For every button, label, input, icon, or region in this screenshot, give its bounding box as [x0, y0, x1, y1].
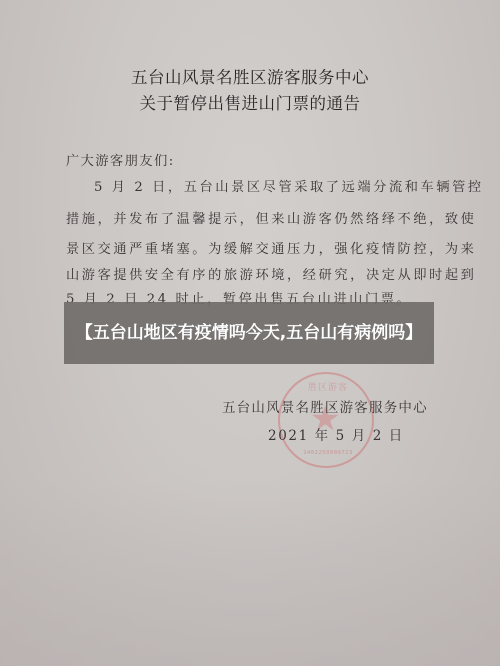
greeting: 广大游客朋友们: — [66, 150, 436, 169]
body-line-4: 山游客提供安全有序的旅游环境，经研究，决定从即时起到 — [66, 264, 436, 283]
official-seal-stamp: 胜区游客 ★ 1402250009723 — [278, 372, 374, 468]
signature-organization: 五台山风景名胜区游客服务中心 — [222, 396, 428, 416]
body-line-1: 5 月 2 日，五台山景区尽管采取了远端分流和车辆管控 — [94, 176, 464, 195]
body-line-2: 措施，并发布了温馨提示，但来山游客仍然络绎不绝，致使 — [66, 208, 436, 227]
signature-date: 2021 年 5 月 2 日 — [268, 424, 404, 444]
notice-title: 关于暂停出售进山门票的通告 — [0, 90, 500, 114]
stamp-arc-text: 胜区游客 — [298, 380, 358, 393]
notice-issuer-title: 五台山风景名胜区游客服务中心 — [0, 64, 500, 88]
body-line-3: 景区交通严重堵塞。为缓解交通压力，强化疫情防控，为来 — [66, 238, 436, 257]
caption-overlay-banner: 【五台山地区有疫情吗今天,五台山有病例吗】 — [64, 302, 434, 364]
caption-text: 【五台山地区有疫情吗今天,五台山有病例吗】 — [76, 321, 422, 346]
stamp-code: 1402250009723 — [290, 450, 366, 456]
